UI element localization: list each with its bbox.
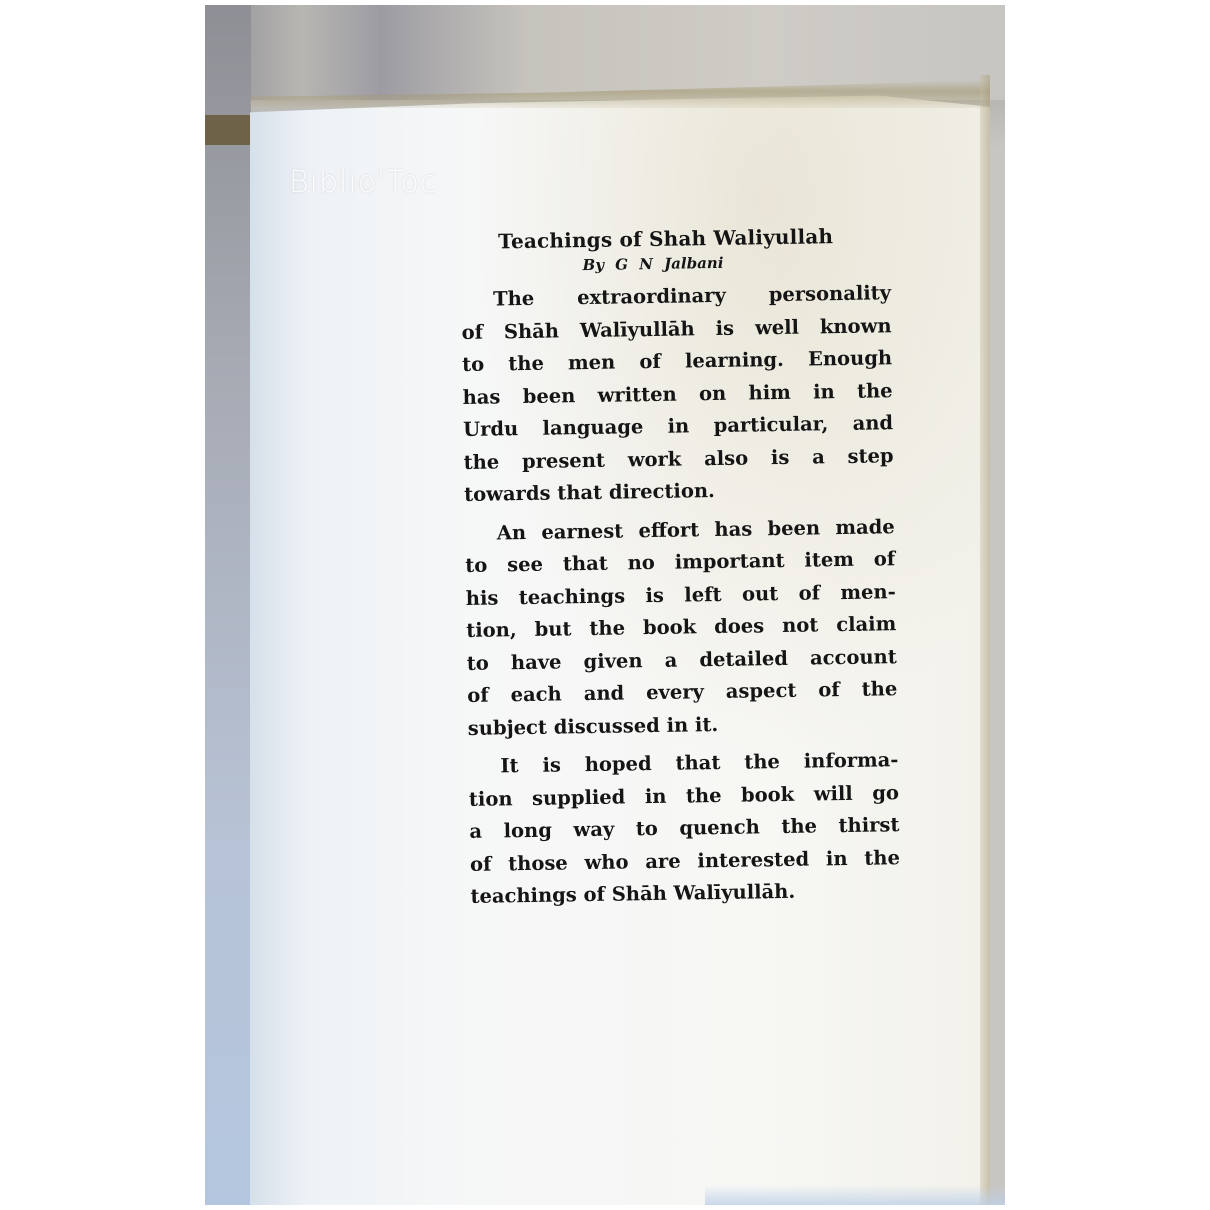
bottom-shadow: [705, 1185, 1005, 1205]
text-line: towards that direction.: [464, 472, 894, 511]
page-right-edge: [980, 75, 990, 1205]
paragraph: It is hoped that the informa- tion suppl…: [468, 744, 900, 913]
book-page-photo: Biblio'Toc Teachings of Shah Waliyullah …: [205, 5, 1005, 1205]
text-line: of each and every aspect of the: [467, 673, 897, 712]
text-line: the present work also is a step: [463, 440, 893, 479]
paragraph: The extraordinary personality of Shāh Wa…: [461, 277, 895, 511]
book-spine-shadow: [205, 5, 251, 1205]
watermark: Biblio'Toc: [289, 165, 437, 200]
document-author: By G N Jalbani: [582, 251, 890, 274]
text-line: teachings of Shāh Walīyullāh.: [470, 874, 900, 913]
text-line: of those who are interested in the: [470, 842, 900, 881]
document-title: Teachings of Shah Waliyullah: [498, 223, 890, 253]
paragraph: An earnest effort has been made to see t…: [465, 511, 899, 745]
text-line: subject discussed in it.: [468, 706, 898, 745]
book-cover-edge: [205, 115, 250, 145]
blurb-text-block: Teachings of Shah Waliyullah By G N Jalb…: [460, 223, 901, 919]
